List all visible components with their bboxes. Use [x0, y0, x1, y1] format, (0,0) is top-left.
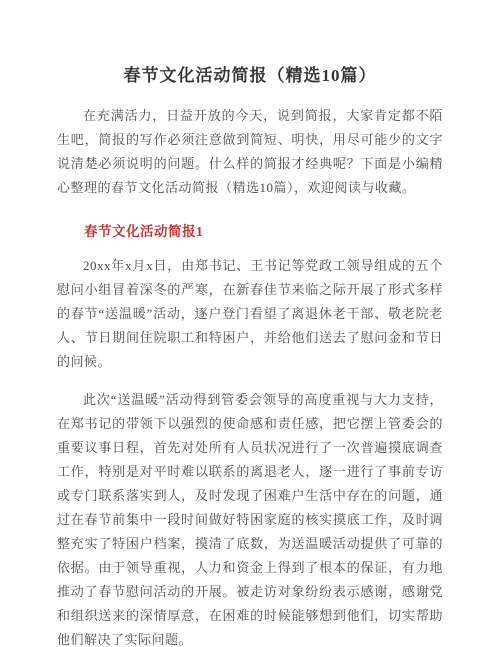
body-paragraph-1: 20xx年x月x日，由郑书记、王书记等党政工领导组成的五个慰问小组冒着深冬的严寒… — [57, 254, 443, 374]
section-heading: 春节文化活动简报1 — [57, 220, 443, 244]
document-page: 春节文化活动简报（精选10篇） 在充满活力，日益开放的今天，说到简报，大家肯定都… — [0, 0, 500, 647]
intro-paragraph: 在充满活力，日益开放的今天，说到简报，大家肯定都不陌生吧，简报的写作必须注意做到… — [57, 104, 443, 200]
document-title: 春节文化活动简报（精选10篇） — [57, 64, 443, 88]
body-paragraph-2: 此次“送温暖”活动得到管委会领导的高度重视与大力支持，在郑书记的带领下以强烈的使… — [57, 388, 443, 647]
